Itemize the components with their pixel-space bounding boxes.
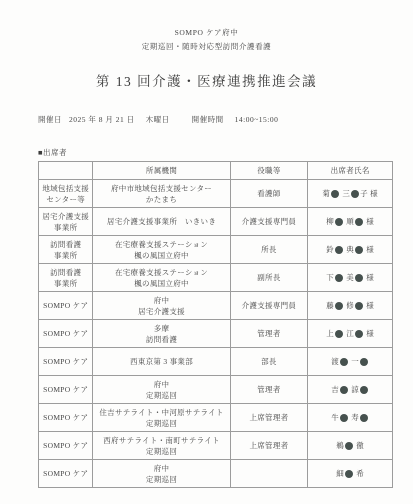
org-name-line: SOMPO ケア府中	[0, 26, 413, 40]
cell-org: 府中 定期巡回	[93, 376, 230, 404]
table-row: 訪問看護 事業所 在宅療養支援ステーション 楓の風国立府中 副所長 下 美 様	[39, 264, 393, 292]
cell-role: 部長	[230, 348, 308, 376]
table-row: SOMPO ケア 府中 定期巡回 細 希	[39, 460, 393, 488]
cell-role: 看護師	[230, 180, 308, 208]
meeting-date: 2025 年 8 月 21 日	[69, 114, 135, 125]
cell-name: 牛 寿	[308, 404, 393, 432]
meeting-meta-line: 開催日 2025 年 8 月 21 日 木曜日 開催時間 14:00~15:00	[38, 114, 413, 125]
cell-name: 吉 諒	[308, 376, 393, 404]
meeting-weekday: 木曜日	[146, 114, 170, 125]
cell-category: SOMPO ケア	[39, 348, 93, 376]
table-row: SOMPO ケア 多摩 訪問看護 管理者 上 江 様	[39, 320, 393, 348]
cell-category: SOMPO ケア	[39, 376, 93, 404]
cell-category: SOMPO ケア	[39, 292, 93, 320]
cell-name: 渡 一	[308, 348, 393, 376]
cell-role: 介護支援専門員	[230, 208, 308, 236]
page-title: 第 13 回介護・医療連携推進会議	[0, 70, 413, 90]
cell-role: 所長	[230, 236, 308, 264]
cell-org: 居宅介護支援事業所 いきいき	[93, 208, 230, 236]
document-page: SOMPO ケア府中 定期巡回・随時対応型訪問介護看護 第 13 回介護・医療連…	[0, 0, 413, 504]
header-category	[39, 162, 93, 180]
cell-category: 地域包括支援 センター等	[39, 180, 93, 208]
cell-category: 居宅介護支援 事業所	[39, 208, 93, 236]
table-row: SOMPO ケア 西東京第 3 事業部 部長 渡 一	[39, 348, 393, 376]
cell-name: 細 希	[308, 460, 393, 488]
header-org: 所属機関	[93, 162, 230, 180]
table-row: 居宅介護支援 事業所 居宅介護支援事業所 いきいき 介護支援専門員 柳 順 様	[39, 208, 393, 236]
cell-role: 上席管理者	[230, 432, 308, 460]
cell-org: 西府サテライト・南町サテライト 定期巡回	[93, 432, 230, 460]
cell-org: 西東京第 3 事業部	[93, 348, 230, 376]
table-row: SOMPO ケア 府中 居宅介護支援 介護支援専門員 藤 修 様	[39, 292, 393, 320]
cell-name: 下 美 様	[308, 264, 393, 292]
cell-role: 介護支援専門員	[230, 292, 308, 320]
attendees-section-label: ■出席者	[38, 147, 413, 158]
cell-org: 府中 定期巡回	[93, 460, 230, 488]
cell-role: 管理者	[230, 376, 308, 404]
cell-org: 在宅療養支援ステーション 楓の風国立府中	[93, 264, 230, 292]
meeting-time: 14:00~15:00	[235, 115, 279, 124]
cell-name: 鈴 典 様	[308, 236, 393, 264]
cell-name: 菊 三子 様	[308, 180, 393, 208]
service-type-line: 定期巡回・随時対応型訪問介護看護	[0, 40, 413, 54]
cell-name: 鵜 徹	[308, 432, 393, 460]
cell-name: 藤 修 様	[308, 292, 393, 320]
header-role: 役職等	[230, 162, 308, 180]
table-row: SOMPO ケア 住吉サテライト・中河原サテライト 定期巡回 上席管理者 牛 寿	[39, 404, 393, 432]
cell-category: SOMPO ケア	[39, 460, 93, 488]
cell-role: 上席管理者	[230, 404, 308, 432]
cell-org: 在宅療養支援ステーション 楓の風国立府中	[93, 236, 230, 264]
cell-role: 副所長	[230, 264, 308, 292]
cell-role	[230, 460, 308, 488]
time-label: 開催時間	[192, 114, 224, 125]
table-row: 訪問看護 事業所 在宅療養支援ステーション 楓の風国立府中 所長 鈴 典 様	[39, 236, 393, 264]
table-row: SOMPO ケア 府中 定期巡回 管理者 吉 諒	[39, 376, 393, 404]
cell-org: 住吉サテライト・中河原サテライト 定期巡回	[93, 404, 230, 432]
table-row: SOMPO ケア 西府サテライト・南町サテライト 定期巡回 上席管理者 鵜 徹	[39, 432, 393, 460]
cell-category: SOMPO ケア	[39, 320, 93, 348]
cell-org: 府中市地域包括支援センター かたまち	[93, 180, 230, 208]
header-name: 出席者氏名	[308, 162, 393, 180]
cell-name: 柳 順 様	[308, 208, 393, 236]
table-header-row: 所属機関 役職等 出席者氏名	[39, 162, 393, 180]
date-label: 開催日	[38, 114, 62, 125]
cell-org: 多摩 訪問看護	[93, 320, 230, 348]
cell-category: 訪問看護 事業所	[39, 264, 93, 292]
table-row: 地域包括支援 センター等 府中市地域包括支援センター かたまち 看護師 菊 三子…	[39, 180, 393, 208]
cell-category: 訪問看護 事業所	[39, 236, 93, 264]
cell-category: SOMPO ケア	[39, 404, 93, 432]
cell-org: 府中 居宅介護支援	[93, 292, 230, 320]
attendees-table: 所属機関 役職等 出席者氏名 地域包括支援 センター等 府中市地域包括支援センタ…	[38, 161, 393, 488]
cell-name: 上 江 様	[308, 320, 393, 348]
cell-category: SOMPO ケア	[39, 432, 93, 460]
cell-role: 管理者	[230, 320, 308, 348]
